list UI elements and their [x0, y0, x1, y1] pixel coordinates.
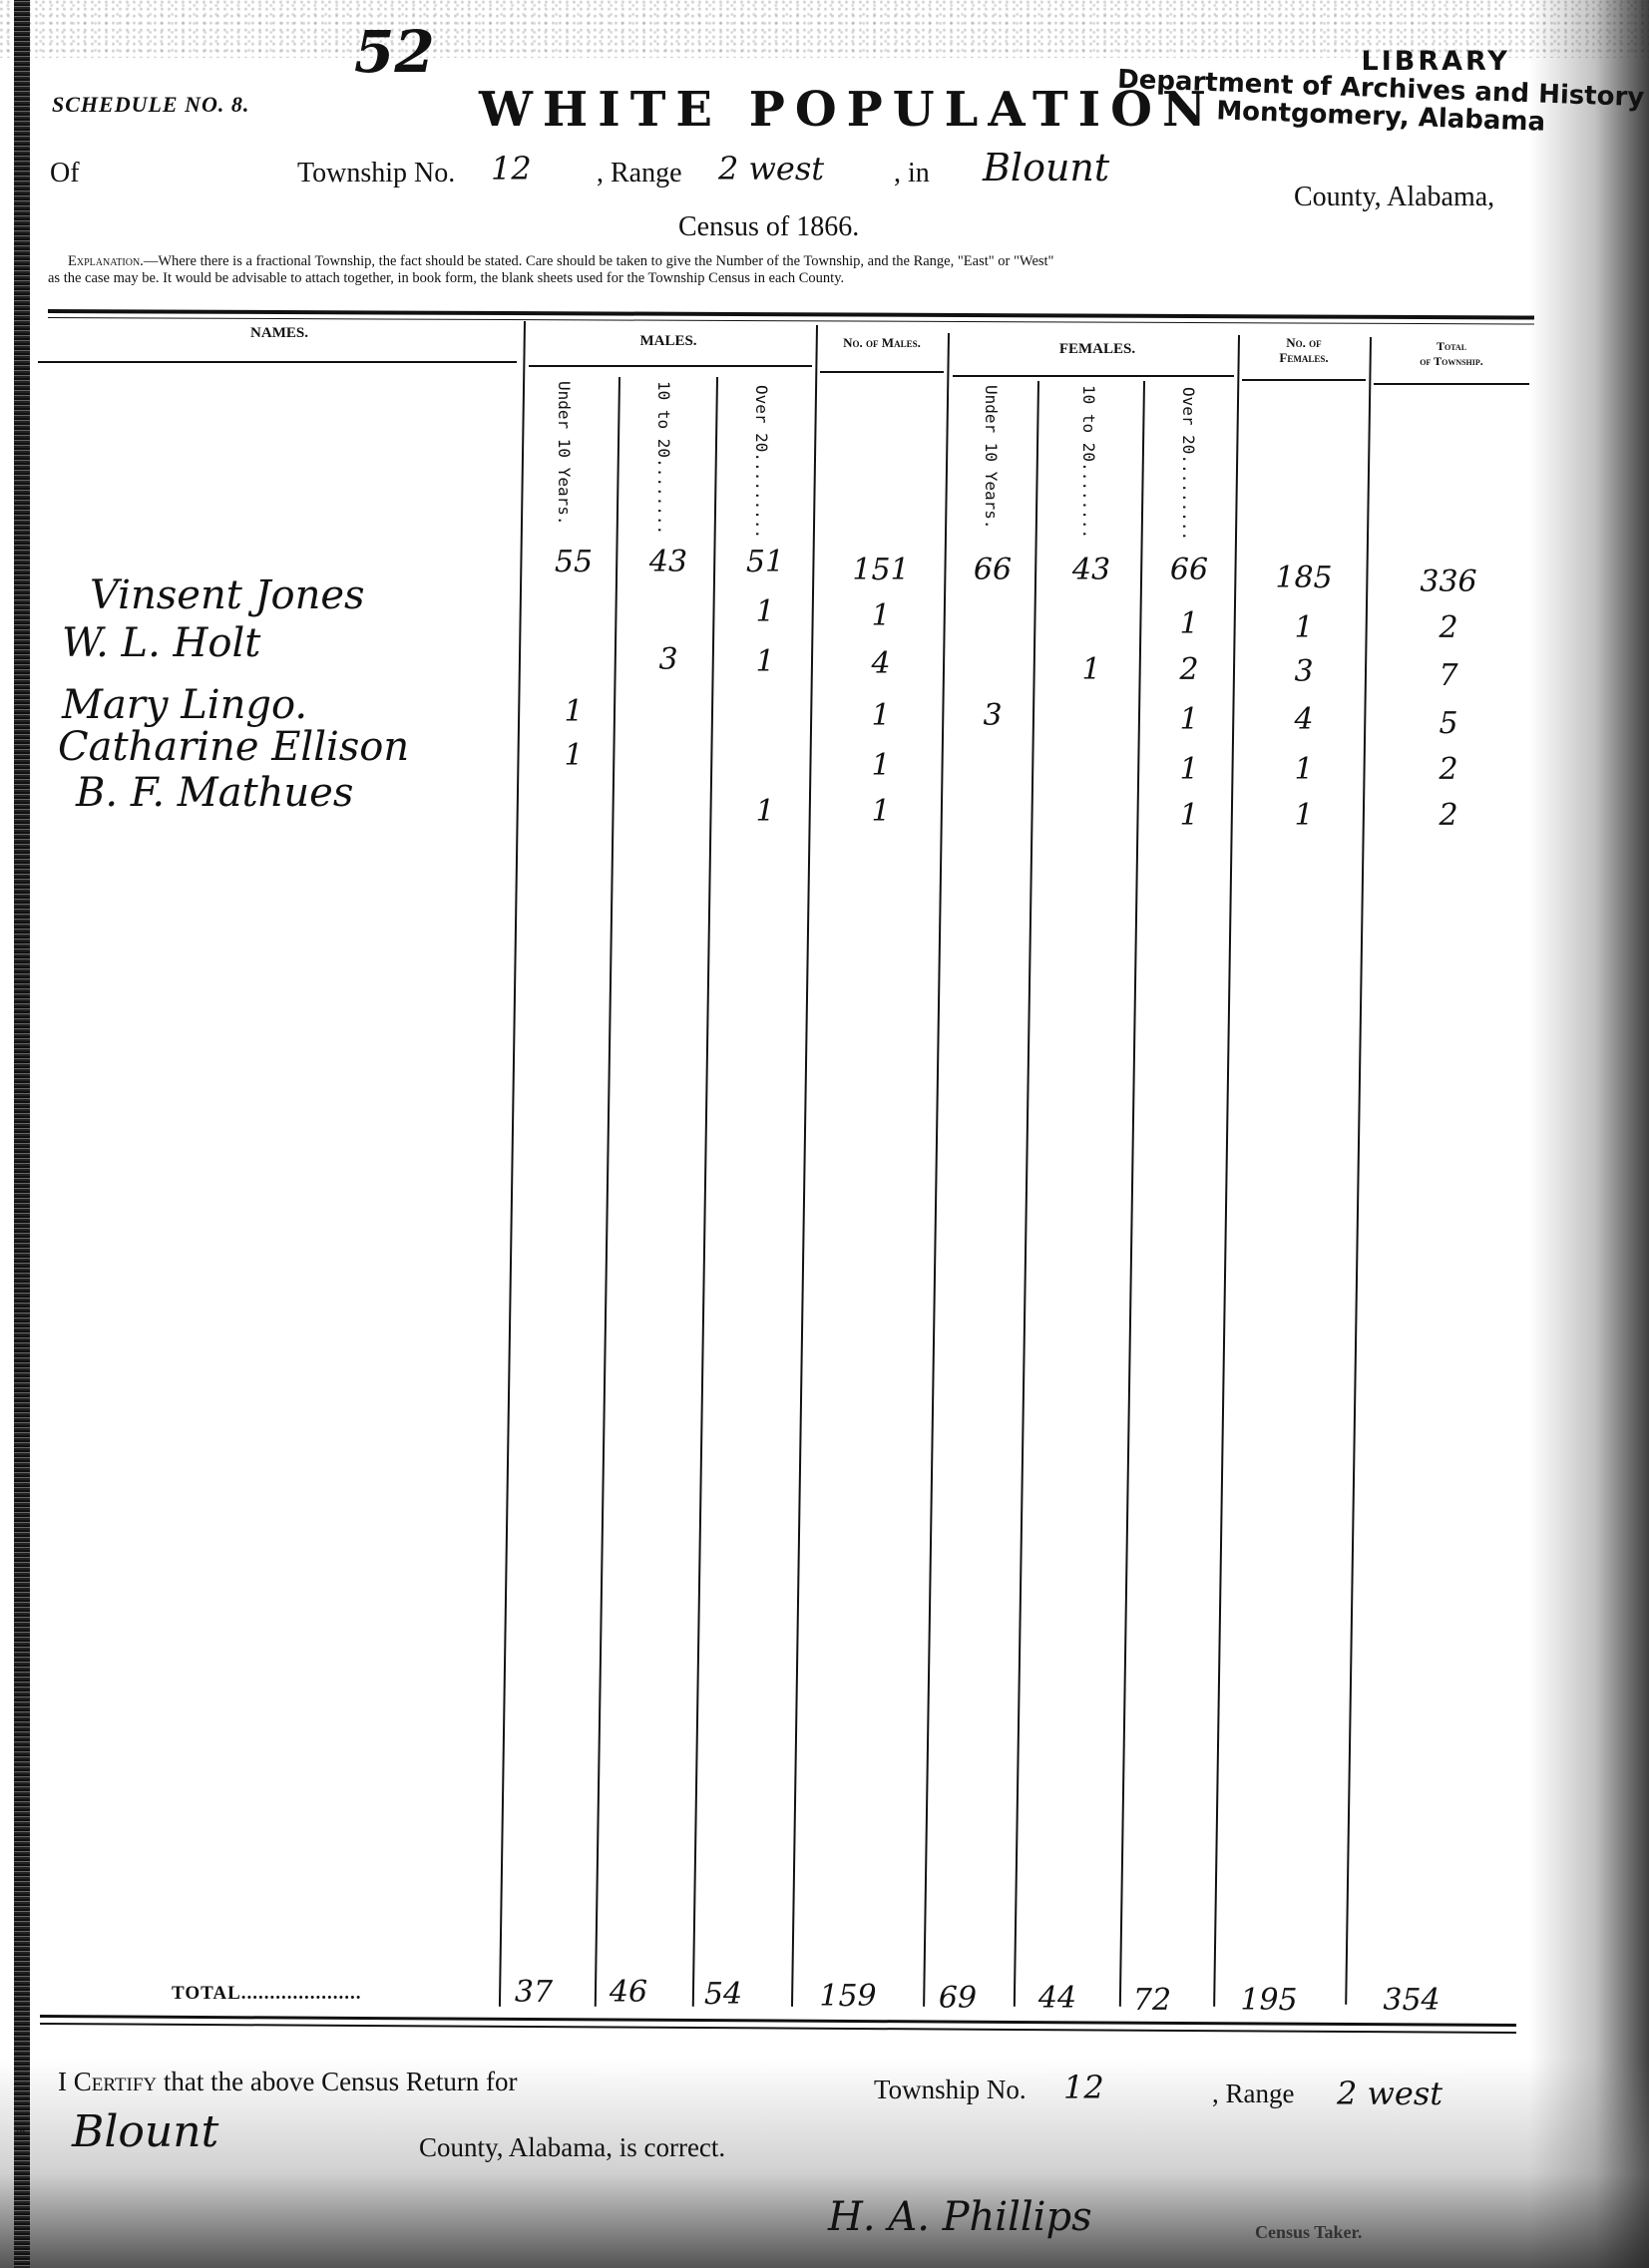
- cf-no-males: 151: [818, 553, 944, 587]
- header-total-of-township: Total of Township.: [1374, 339, 1529, 369]
- total-m-10to20: 46: [584, 1975, 673, 2010]
- row-f-under10: 3: [948, 698, 1037, 733]
- cert-county-value: Blount: [72, 2106, 218, 2157]
- range-value: 2 west: [718, 150, 824, 188]
- header-names: NAMES.: [219, 325, 339, 342]
- total-township: 354: [1337, 1983, 1486, 2018]
- header-f-over20: Over 20.........: [1179, 387, 1198, 541]
- header-no-of-females-line2: Females.: [1242, 350, 1366, 365]
- row-no-females: 1: [1242, 752, 1366, 787]
- row-total: 2: [1374, 610, 1523, 645]
- header-m-under10: Under 10 Years.: [555, 381, 574, 526]
- row-no-males: 1: [818, 698, 944, 733]
- row-total: 2: [1374, 798, 1523, 833]
- total-f-under10: 69: [913, 1981, 1003, 2016]
- page-title: WHITE POPULATION: [479, 82, 1216, 138]
- header-total-line2: of Township.: [1374, 354, 1529, 369]
- cf-f-over20: 66: [1143, 553, 1235, 587]
- header-m-over20: Over 20.........: [752, 385, 771, 539]
- cert-certify: Certify: [74, 2067, 157, 2096]
- row-m-over20: 1: [720, 794, 810, 829]
- cert-township-value: 12: [1063, 2069, 1104, 2106]
- row-name: Catharine Ellison: [58, 724, 409, 770]
- explanation-lead: Explanation.: [68, 253, 144, 269]
- total-no-females: 195: [1207, 1983, 1331, 2018]
- cf-m-over20: 51: [720, 545, 810, 579]
- header-females: FEMALES.: [958, 341, 1237, 358]
- cert-i: I: [58, 2067, 74, 2096]
- header-no-of-females: No. of Females.: [1242, 335, 1366, 365]
- county-value: Blount: [983, 146, 1109, 189]
- signature: H. A. Phillips: [828, 2194, 1092, 2240]
- row-m-over20: 1: [720, 594, 810, 629]
- total-m-over20: 54: [678, 1977, 768, 2012]
- cert-township-label: Township No.: [874, 2075, 1027, 2105]
- no-males-header-underline: [820, 371, 944, 373]
- row-total: 5: [1374, 706, 1523, 741]
- row-name: Vinsent Jones: [90, 572, 365, 618]
- binding-edge: [14, 0, 30, 2268]
- header-m-10to20: 10 to 20........: [654, 381, 673, 535]
- cf-no-females: 185: [1242, 561, 1366, 595]
- schedule-label: SCHEDULE NO. 8.: [52, 92, 249, 118]
- cert-text: that the above Census Return for: [157, 2067, 517, 2096]
- cert-range-label: , Range: [1212, 2079, 1294, 2109]
- cf-m-under10: 55: [529, 545, 618, 579]
- row-f-10to20: 1: [1041, 652, 1141, 687]
- cert-in-label: in: [16, 2124, 25, 2139]
- row-no-females: 4: [1242, 702, 1366, 737]
- no-females-header-underline: [1242, 379, 1366, 381]
- header-no-of-males: No. of Males.: [820, 335, 944, 351]
- in-label: , in: [894, 158, 930, 189]
- row-f-over20: 1: [1143, 752, 1235, 787]
- cf-total: 336: [1374, 565, 1523, 599]
- males-header-underline: [529, 365, 812, 367]
- row-name: W. L. Holt: [62, 620, 260, 666]
- col-divider-f-under10: [1014, 381, 1039, 2007]
- township-value: 12: [491, 150, 532, 188]
- certification-statement: I Certify that the above Census Return f…: [58, 2067, 518, 2097]
- row-m-10to20: 3: [623, 642, 713, 677]
- census-year-label: Census of 1866.: [678, 211, 859, 243]
- total-no-males: 159: [788, 1979, 908, 2014]
- page-number: 52: [354, 18, 435, 86]
- header-f-10to20: 10 to 20........: [1079, 385, 1098, 539]
- row-total: 2: [1374, 752, 1523, 787]
- explanation-line-1: —Where there is a fractional Township, t…: [144, 253, 1054, 269]
- row-f-over20: 1: [1143, 606, 1235, 641]
- row-f-over20: 2: [1143, 652, 1235, 687]
- col-divider-f-10to20: [1119, 381, 1145, 2007]
- header-f-under10: Under 10 Years.: [982, 385, 1001, 530]
- header-no-of-females-line1: No. of: [1242, 335, 1366, 350]
- row-m-under10: 1: [529, 694, 618, 729]
- row-no-females: 3: [1242, 654, 1366, 689]
- cert-county-text: County, Alabama, is correct.: [419, 2132, 725, 2163]
- row-m-over20: 1: [720, 644, 810, 679]
- explanation-line-2: as the case may be. It would be advisabl…: [48, 270, 1544, 287]
- header-total-line1: Total: [1374, 339, 1529, 354]
- row-total: 7: [1374, 658, 1523, 693]
- total-f-over20: 72: [1107, 1983, 1197, 2018]
- row-no-males: 4: [818, 646, 944, 681]
- of-label: Of: [50, 158, 80, 189]
- total-header-underline: [1374, 383, 1529, 385]
- header-males: MALES.: [559, 333, 778, 350]
- row-name: Mary Lingo.: [62, 682, 307, 728]
- library-stamp: LIBRARY Department of Archives and Histo…: [1117, 48, 1644, 131]
- total-label: TOTAL.....................: [172, 1983, 362, 2005]
- cf-f-under10: 66: [948, 553, 1037, 587]
- scan-noise-right: [1529, 0, 1649, 2268]
- row-f-over20: 1: [1143, 702, 1235, 737]
- row-no-males: 1: [818, 794, 944, 829]
- county-label: County, Alabama,: [1294, 182, 1494, 213]
- row-m-under10: 1: [529, 738, 618, 773]
- range-label: , Range: [597, 158, 682, 189]
- row-f-over20: 1: [1143, 798, 1235, 833]
- col-divider-names: [499, 321, 526, 2007]
- females-header-underline: [953, 375, 1234, 377]
- cf-f-10to20: 43: [1041, 553, 1141, 587]
- township-label: Township No.: [297, 158, 455, 189]
- col-divider-m-under10: [595, 377, 620, 2007]
- cert-range-value: 2 west: [1337, 2075, 1443, 2112]
- names-header-underline: [38, 361, 517, 363]
- cf-m-10to20: 43: [623, 545, 713, 579]
- row-no-males: 1: [818, 598, 944, 633]
- signature-title: Census Taker.: [1255, 2222, 1362, 2243]
- col-divider-m-10to20: [692, 377, 718, 2007]
- row-no-females: 1: [1242, 798, 1366, 833]
- row-no-females: 1: [1242, 610, 1366, 645]
- total-f-10to20: 44: [1008, 1981, 1107, 2016]
- row-name: B. F. Mathues: [76, 770, 353, 816]
- row-no-males: 1: [818, 748, 944, 783]
- explanation-text: Explanation.—Where there is a fractional…: [48, 253, 1544, 287]
- total-m-under10: 37: [489, 1975, 579, 2010]
